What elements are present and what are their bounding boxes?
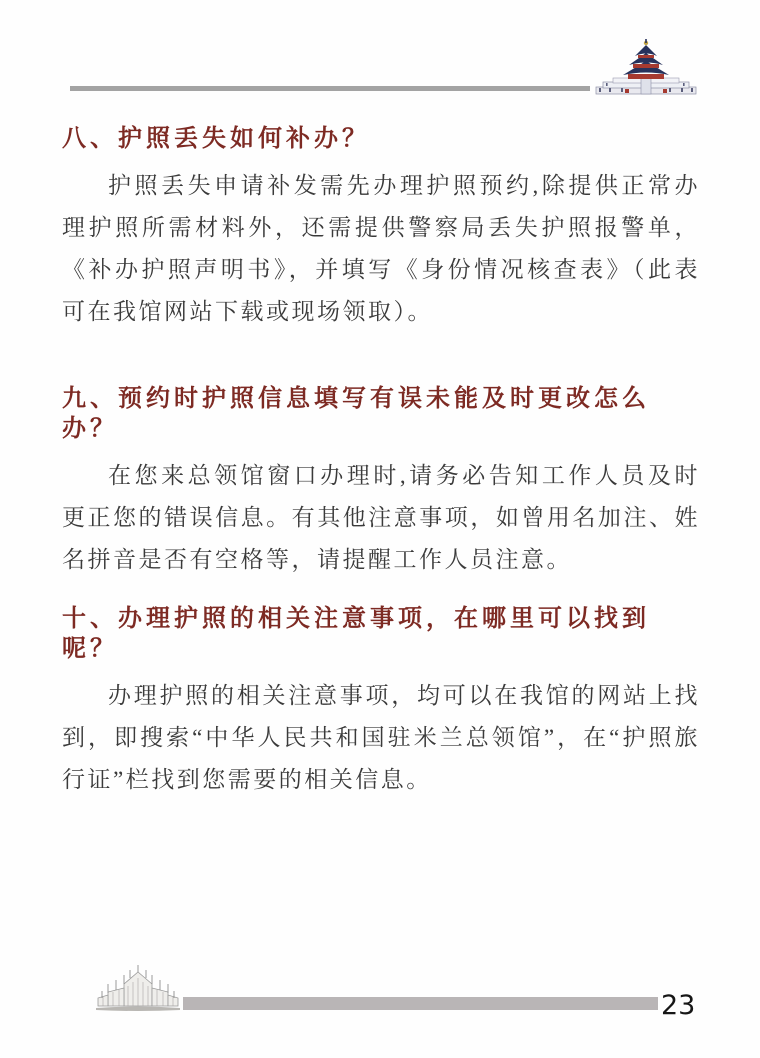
- faq-question-9: 九、预约时护照信息填写有误未能及时更改怎么办？: [62, 384, 700, 444]
- header-rule: [70, 86, 590, 91]
- faq-answer-10: 办理护照的相关注意事项，均可以在我馆的网站上找到，即搜索“中华人民共和国驻米兰总…: [62, 675, 700, 801]
- faq-answer-8: 护照丢失申请补发需先办理护照预约,除提供正常办理护照所需材料外，还需提供警察局丢…: [62, 165, 700, 333]
- faq-section-9: 九、预约时护照信息填写有误未能及时更改怎么办？ 在您来总领馆窗口办理时,请务必告…: [62, 384, 700, 581]
- faq-question-10: 十、办理护照的相关注意事项，在哪里可以找到呢？: [62, 604, 700, 664]
- footer-rule: [183, 997, 658, 1010]
- faq-section-10: 十、办理护照的相关注意事项，在哪里可以找到呢？ 办理护照的相关注意事项，均可以在…: [62, 604, 700, 801]
- document-page: 八、护照丢失如何补办？ 护照丢失申请补发需先办理护照预约,除提供正常办理护照所需…: [0, 0, 760, 1058]
- faq-question-8: 八、护照丢失如何补办？: [62, 124, 700, 154]
- page-number: 23: [661, 991, 695, 1021]
- faq-answer-9: 在您来总领馆窗口办理时,请务必告知工作人员及时更正您的错误信息。有其他注意事项，…: [62, 455, 700, 581]
- temple-of-heaven-icon: [595, 37, 697, 95]
- milan-duomo-sketch-icon: [94, 962, 182, 1012]
- faq-section-8: 八、护照丢失如何补办？ 护照丢失申请补发需先办理护照预约,除提供正常办理护照所需…: [62, 124, 700, 333]
